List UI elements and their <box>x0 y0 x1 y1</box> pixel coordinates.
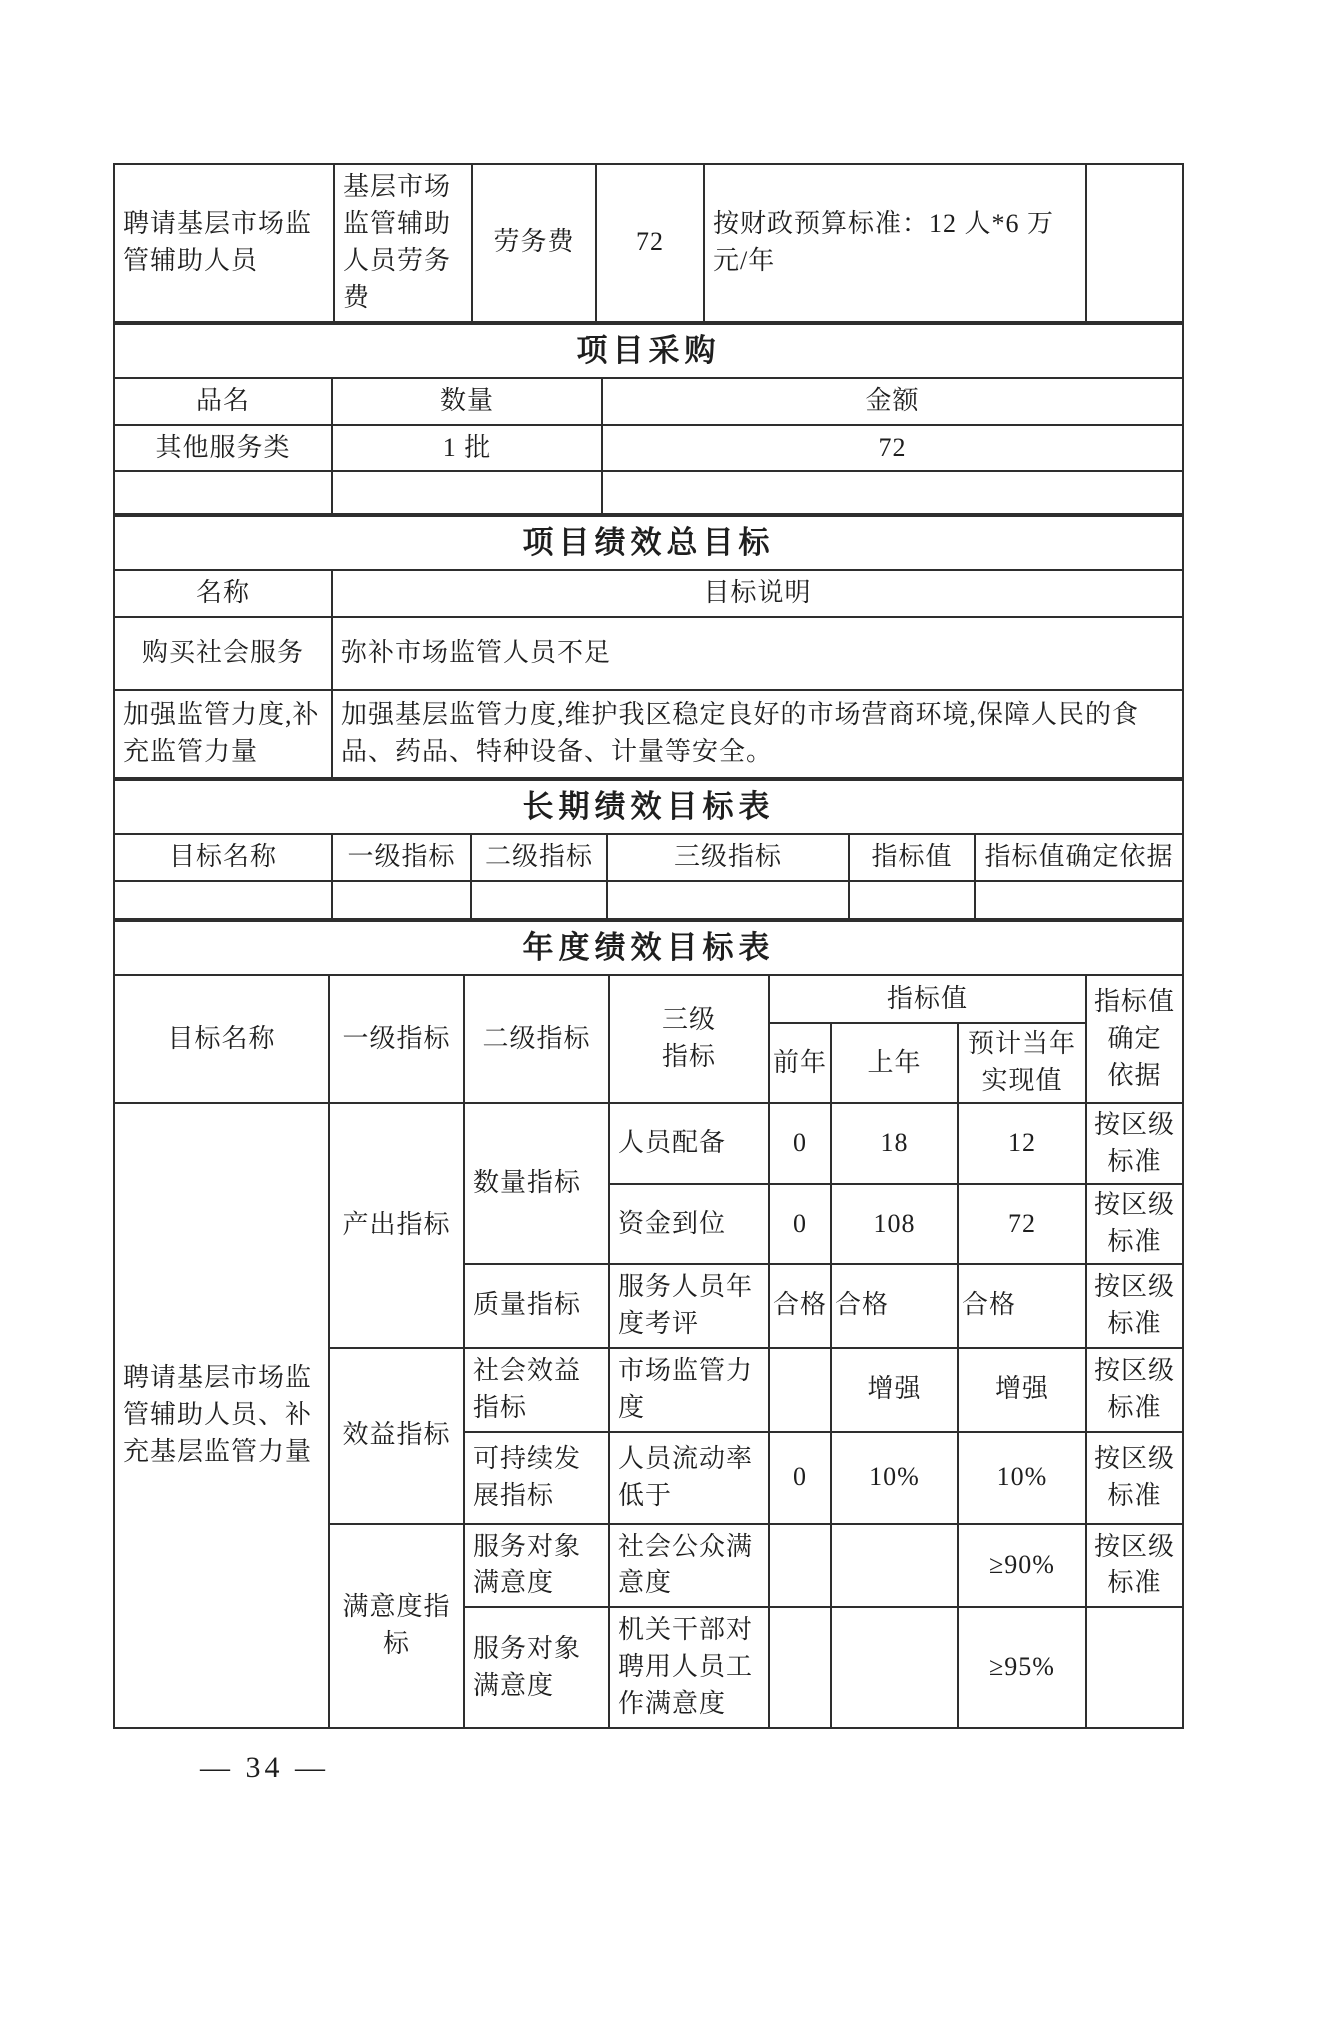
cell-goal-name: 加强监管力度,补充监管力量 <box>114 690 332 778</box>
cell-prev-year2: 0 <box>769 1432 831 1524</box>
section-title-row: 年度绩效目标表 <box>114 921 1183 975</box>
cell-current-expected: ≥90% <box>958 1524 1086 1608</box>
col-header-level3: 三级指标 <box>607 834 849 881</box>
cell-basis: 按区级标准 <box>1086 1264 1183 1348</box>
cell-level2: 服务对象满意度 <box>464 1524 609 1608</box>
cell-basis: 按区级标准 <box>1086 1184 1183 1264</box>
header-row: 目标名称 一级指标 二级指标 三级指标 指标值 指标值确定依据 <box>114 834 1183 881</box>
cell-prev-year2 <box>769 1524 831 1608</box>
cell-budget-note: 按财政预算标准：12 人*6 万元/年 <box>704 164 1086 322</box>
cell-goal-name: 购买社会服务 <box>114 617 332 690</box>
cell-prev-year2: 合格 <box>769 1264 831 1348</box>
col-header-goal-description: 目标说明 <box>332 570 1183 617</box>
cell-item-amount: 72 <box>602 425 1183 472</box>
cell-prev-year1 <box>831 1524 958 1608</box>
cell-level1: 产出指标 <box>329 1103 464 1348</box>
cell-prev-year1: 10% <box>831 1432 958 1524</box>
cell-empty <box>602 471 1183 514</box>
cell-level2: 质量指标 <box>464 1264 609 1348</box>
cell-goal-name: 聘请基层市场监管辅助人员、补充基层监管力量 <box>114 1103 329 1728</box>
section-title-overall-goal: 项目绩效总目标 <box>114 516 1183 570</box>
col-header-current-expected: 预计当年实现值 <box>958 1023 1086 1103</box>
cell-level3: 人员流动率低于 <box>609 1432 769 1524</box>
cell-current-expected: 72 <box>958 1184 1086 1264</box>
section-title-row: 项目绩效总目标 <box>114 516 1183 570</box>
cell-level1: 效益指标 <box>329 1348 464 1524</box>
cell-level2: 可持续发展指标 <box>464 1432 609 1524</box>
col-header-value-group: 指标值 <box>769 975 1086 1023</box>
col-header-prev-year1: 上年 <box>831 1023 958 1103</box>
cell-basis: 按区级标准 <box>1086 1103 1183 1184</box>
col-header-basis: 指标值确定依据 <box>975 834 1183 881</box>
table-row: 聘请基层市场监管辅助人员、补充基层监管力量 产出指标 数量指标 人员配备 0 1… <box>114 1103 1183 1184</box>
cell-item-name: 其他服务类 <box>114 425 332 472</box>
table-row: 其他服务类 1 批 72 <box>114 425 1183 472</box>
cell-current-expected: ≥95% <box>958 1607 1086 1728</box>
cell-basis: 按区级标准 <box>1086 1348 1183 1432</box>
cell-goal-description: 加强基层监管力度,维护我区稳定良好的市场营商环境,保障人民的食品、药品、特种设备… <box>332 690 1183 778</box>
cell-empty <box>1086 164 1183 322</box>
table-row: 加强监管力度,补充监管力量 加强基层监管力度,维护我区稳定良好的市场营商环境,保… <box>114 690 1183 778</box>
procurement-table: 项目采购 品名 数量 金额 其他服务类 1 批 72 <box>113 323 1184 516</box>
cell-current-expected: 增强 <box>958 1348 1086 1432</box>
overall-goal-table: 项目绩效总目标 名称 目标说明 购买社会服务 弥补市场监管人员不足 加强监管力度… <box>113 515 1184 779</box>
cell-expense-category: 劳务费 <box>472 164 596 322</box>
cell-level3: 机关干部对聘用人员工作满意度 <box>609 1607 769 1728</box>
cell-level2: 社会效益指标 <box>464 1348 609 1432</box>
cell-empty <box>114 881 332 919</box>
cell-level3: 市场监管力度 <box>609 1348 769 1432</box>
cell-prev-year2: 0 <box>769 1184 831 1264</box>
cell-level2: 数量指标 <box>464 1103 609 1264</box>
cell-level3: 人员配备 <box>609 1103 769 1184</box>
header-row: 目标名称 一级指标 二级指标 三级 指标 指标值 指标值 确定 依据 <box>114 975 1183 1023</box>
cell-current-expected: 10% <box>958 1432 1086 1524</box>
col-header-goal-name: 名称 <box>114 570 332 617</box>
cell-prev-year1: 增强 <box>831 1348 958 1432</box>
page-number: — 34 — <box>200 1751 329 1785</box>
col-header-basis: 指标值 确定 依据 <box>1086 975 1183 1103</box>
cell-amount: 72 <box>596 164 704 322</box>
section-title-annual: 年度绩效目标表 <box>114 921 1183 975</box>
section-title-long-term: 长期绩效目标表 <box>114 780 1183 834</box>
section-title-row: 长期绩效目标表 <box>114 780 1183 834</box>
cell-basis: 按区级标准 <box>1086 1432 1183 1524</box>
cell-current-expected: 合格 <box>958 1264 1086 1348</box>
cell-current-expected: 12 <box>958 1103 1086 1184</box>
cell-empty <box>332 471 602 514</box>
cell-goal-description: 弥补市场监管人员不足 <box>332 617 1183 690</box>
cell-prev-year1 <box>831 1607 958 1728</box>
cell-prev-year1: 18 <box>831 1103 958 1184</box>
col-header-quantity: 数量 <box>332 378 602 425</box>
cell-item-quantity: 1 批 <box>332 425 602 472</box>
col-header-prev-year2: 前年 <box>769 1023 831 1103</box>
section-title-row: 项目采购 <box>114 324 1183 378</box>
col-header-level1: 一级指标 <box>329 975 464 1103</box>
cell-empty <box>114 471 332 514</box>
document-page: { "page": { "number": "— 34 —" }, "carry… <box>0 163 1323 2034</box>
cell-basis <box>1086 1607 1183 1728</box>
table-row <box>114 471 1183 514</box>
col-header-goal-name: 目标名称 <box>114 975 329 1103</box>
table-row: 聘请基层市场监管辅助人员 基层市场监管辅助人员劳务费 劳务费 72 按财政预算标… <box>114 164 1183 322</box>
cell-prev-year2 <box>769 1348 831 1432</box>
cell-prev-year2 <box>769 1607 831 1728</box>
col-header-amount: 金额 <box>602 378 1183 425</box>
cell-prev-year1: 108 <box>831 1184 958 1264</box>
cell-empty <box>471 881 607 919</box>
cell-prev-year2: 0 <box>769 1103 831 1184</box>
table-row: 购买社会服务 弥补市场监管人员不足 <box>114 617 1183 690</box>
cell-prev-year1: 合格 <box>831 1264 958 1348</box>
col-header-name: 品名 <box>114 378 332 425</box>
cell-level3: 服务人员年度考评 <box>609 1264 769 1348</box>
col-header-level2: 二级指标 <box>471 834 607 881</box>
cell-empty <box>332 881 471 919</box>
cell-level2: 服务对象满意度 <box>464 1607 609 1728</box>
annual-goal-table: 年度绩效目标表 目标名称 一级指标 二级指标 三级 指标 指标值 指标值 确定 … <box>113 920 1184 1729</box>
cell-empty <box>607 881 849 919</box>
col-header-level1: 一级指标 <box>332 834 471 881</box>
cell-expense-item: 基层市场监管辅助人员劳务费 <box>334 164 472 322</box>
cell-empty <box>849 881 975 919</box>
col-header-level2: 二级指标 <box>464 975 609 1103</box>
cell-level1: 满意度指标 <box>329 1524 464 1729</box>
long-term-goal-table: 长期绩效目标表 目标名称 一级指标 二级指标 三级指标 指标值 指标值确定依据 <box>113 779 1184 920</box>
col-header-value: 指标值 <box>849 834 975 881</box>
header-row: 品名 数量 金额 <box>114 378 1183 425</box>
table-row <box>114 881 1183 919</box>
col-header-goal-name: 目标名称 <box>114 834 332 881</box>
cell-level3: 社会公众满意度 <box>609 1524 769 1608</box>
col-header-level3: 三级 指标 <box>609 975 769 1103</box>
header-row: 名称 目标说明 <box>114 570 1183 617</box>
carryover-table: 聘请基层市场监管辅助人员 基层市场监管辅助人员劳务费 劳务费 72 按财政预算标… <box>113 163 1184 323</box>
cell-project-name: 聘请基层市场监管辅助人员 <box>114 164 334 322</box>
cell-level3: 资金到位 <box>609 1184 769 1264</box>
cell-basis: 按区级标准 <box>1086 1524 1183 1608</box>
section-title-procurement: 项目采购 <box>114 324 1183 378</box>
cell-empty <box>975 881 1183 919</box>
